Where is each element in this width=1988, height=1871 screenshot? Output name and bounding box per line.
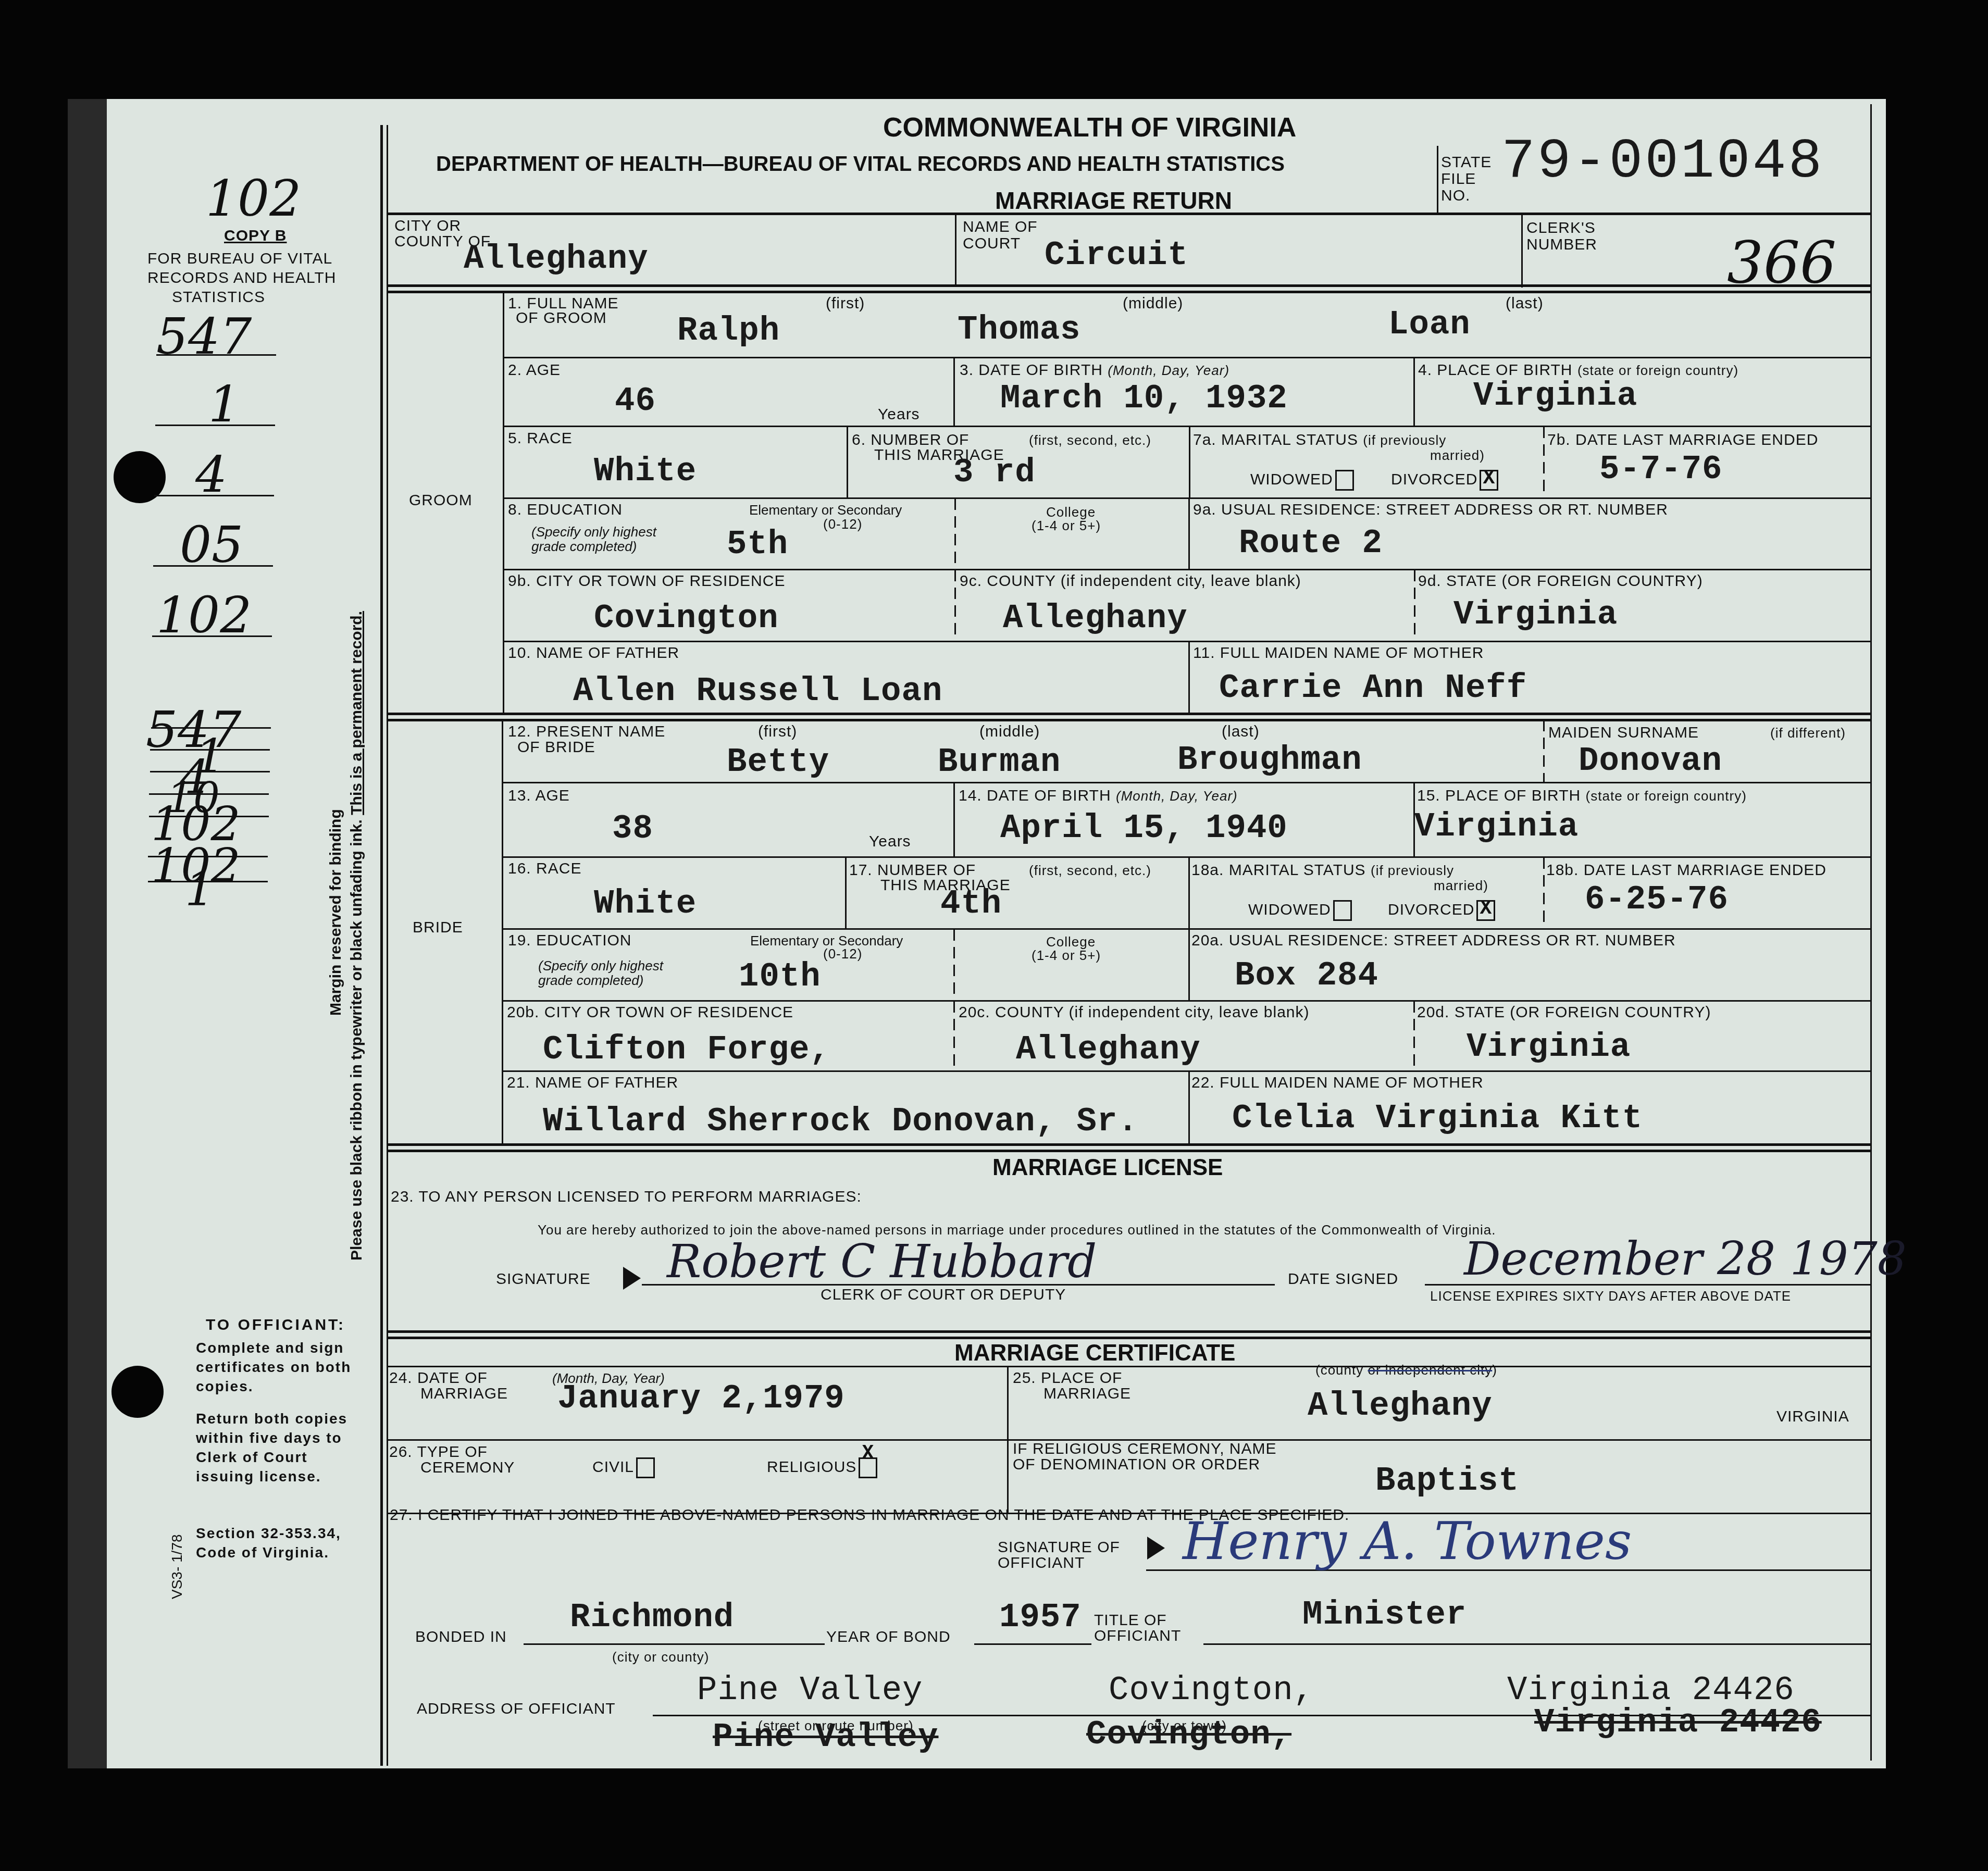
to-officiant-title: TO OFFICIANT:: [206, 1317, 345, 1333]
marriage-no-hint: (first, second, etc.): [1029, 862, 1151, 879]
rule: [845, 857, 847, 928]
marital-hint: married): [1434, 877, 1488, 894]
bride-race: White: [594, 885, 697, 923]
struck-address-city: Covington,: [1086, 1716, 1291, 1754]
edu-college-label: (1-4 or 5+): [1032, 947, 1101, 964]
first-hint: (first): [758, 724, 797, 740]
code-section-text: Code of Virginia.: [196, 1544, 329, 1561]
officiant-title: Minister: [1302, 1596, 1467, 1634]
rule: [388, 1150, 1870, 1152]
groom-residence-label: 9a. USUAL RESIDENCE: STREET ADDRESS OR R…: [1193, 502, 1668, 518]
groom-race: White: [594, 453, 697, 491]
groom-middle-name: Thomas: [958, 311, 1080, 349]
groom-divorced[interactable]: DIVORCEDX: [1391, 470, 1498, 491]
rule: [1188, 929, 1190, 1000]
bride-widowed[interactable]: WIDOWED: [1248, 900, 1352, 921]
date-signed: December 28 1978: [1464, 1232, 1907, 1286]
bride-age-label: 13. AGE: [508, 788, 570, 804]
license-title: MARRIAGE LICENSE: [992, 1155, 1223, 1181]
edu-hint: grade completed): [531, 538, 637, 555]
to-officiant-text: Return both copies: [196, 1411, 347, 1427]
bride-father: Willard Sherrock Donovan, Sr.: [543, 1103, 1138, 1141]
punch-hole-bottom: [111, 1366, 164, 1418]
margin-code-line: [148, 881, 268, 882]
clerk-label: NUMBER: [1526, 236, 1597, 253]
rule: [953, 929, 955, 1000]
divorced-checkbox[interactable]: X: [1476, 900, 1495, 921]
bride-race-label: 16. RACE: [508, 860, 581, 877]
marriage-date: January 2,1979: [557, 1380, 845, 1418]
arrow-right-icon: [1144, 1537, 1168, 1560]
denomination: Baptist: [1375, 1463, 1519, 1500]
officiant-title-label: TITLE OF: [1094, 1612, 1167, 1629]
groom-widowed[interactable]: WIDOWED: [1250, 470, 1354, 491]
groom-age: 46: [615, 383, 656, 420]
edu-elem-label: (0-12): [823, 945, 862, 962]
rule: [524, 1643, 825, 1645]
religious-option[interactable]: RELIGIOUSX: [767, 1457, 877, 1478]
to-officiant-text: copies.: [196, 1378, 253, 1395]
groom-age-label: 2. AGE: [508, 362, 561, 379]
county-value: Alleghany: [464, 241, 649, 278]
bride-last-ended: 6-25-76: [1585, 881, 1729, 919]
bride-father-label: 21. NAME OF FATHER: [507, 1075, 678, 1091]
civil-option[interactable]: CIVIL: [592, 1457, 655, 1478]
rule: [1543, 427, 1545, 497]
rule: [388, 291, 1870, 293]
margin-code: 1: [185, 862, 215, 917]
bride-dob: April 15, 1940: [1000, 810, 1288, 847]
groom-last-ended: 5-7-76: [1599, 451, 1722, 489]
binding-note: Margin reserved for binding: [327, 809, 345, 1016]
county-label: CITY OR: [394, 218, 461, 234]
rule: [388, 1143, 1870, 1146]
bonded-hint: (city or county): [612, 1649, 710, 1665]
rule: [953, 1001, 955, 1070]
bride-age: 38: [612, 810, 653, 848]
rule: [974, 1643, 1091, 1645]
date-signed-label: DATE SIGNED: [1288, 1271, 1398, 1288]
groom-section-label: GROOM: [409, 492, 473, 509]
groom-father: Allen Russell Loan: [573, 673, 942, 710]
signer-role: CLERK OF COURT OR DEPUTY: [821, 1287, 1066, 1303]
years-label: Years: [869, 833, 911, 850]
rule: [502, 856, 1870, 858]
groom-marriage-number: 3 rd: [953, 454, 1036, 492]
groom-last-name: Loan: [1388, 306, 1471, 344]
rule: [388, 213, 1870, 215]
bride-county-label: 20c. COUNTY (if independent city, leave …: [959, 1004, 1310, 1021]
groom-residence: Route 2: [1239, 525, 1383, 563]
rule: [953, 358, 955, 426]
marriage-state: VIRGINIA: [1776, 1408, 1849, 1425]
groom-pob: Virginia: [1473, 378, 1637, 415]
ink-note: Please use black ribbon in typewriter or…: [348, 611, 366, 1261]
groom-state-label: 9d. STATE (OR FOREIGN COUNTRY): [1418, 573, 1703, 590]
rule: [502, 1070, 1870, 1072]
bride-maiden-surname: Donovan: [1579, 743, 1722, 780]
to-officiant-text: issuing license.: [196, 1468, 321, 1485]
rule: [388, 1337, 1870, 1339]
bride-pob-label: 15. PLACE OF BIRTH (state or foreign cou…: [1417, 788, 1747, 804]
edu-hint: grade completed): [538, 972, 643, 989]
struck-address-state-zip: Virginia 24426: [1534, 1704, 1822, 1742]
marriage-place-label: MARRIAGE: [1043, 1386, 1131, 1402]
rule: [503, 569, 1870, 570]
religious-checkbox[interactable]: X: [859, 1457, 877, 1478]
bride-state-label: 20d. STATE (OR FOREIGN COUNTRY): [1417, 1004, 1711, 1021]
copy-desc-3: STATISTICS: [172, 289, 265, 306]
bride-mother-label: 22. FULL MAIDEN NAME OF MOTHER: [1191, 1075, 1484, 1091]
marriage-place-label: 25. PLACE OF: [1013, 1370, 1122, 1387]
officiant-title-label: OFFICIANT: [1094, 1628, 1181, 1644]
widowed-checkbox[interactable]: [1335, 470, 1354, 491]
rule: [1521, 215, 1523, 288]
margin-code-line: [149, 816, 269, 817]
rule: [1189, 427, 1190, 497]
margin-code-line: [153, 565, 273, 567]
first-hint: (first): [826, 295, 865, 312]
court-label: COURT: [963, 235, 1021, 252]
bride-edu-label: 19. EDUCATION: [508, 932, 632, 949]
groom-last-ended-label: 7b. DATE LAST MARRIAGE ENDED: [1547, 432, 1818, 448]
state-file-divider: [1437, 146, 1438, 215]
clerk-label: CLERK'S: [1526, 220, 1596, 236]
last-hint: (last): [1506, 295, 1544, 312]
bonded-in: Richmond: [570, 1599, 734, 1637]
officiant-signature: Henry A. Townes: [1183, 1511, 1632, 1571]
marriage-date-label: MARRIAGE: [420, 1386, 508, 1402]
court-value: Circuit: [1045, 237, 1188, 275]
groom-marital-label: 7a. MARITAL STATUS (if previously: [1193, 432, 1446, 448]
bride-section-label: BRIDE: [413, 919, 463, 936]
to-officiant-text: Complete and sign: [196, 1340, 344, 1356]
middle-hint: (middle): [979, 724, 1040, 740]
to-officiant-text: Clerk of Court: [196, 1449, 308, 1466]
bride-residence: Box 284: [1235, 957, 1378, 995]
rule: [1188, 857, 1190, 928]
margin-code-line: [150, 749, 270, 751]
bonded-in-label: BONDED IN: [415, 1629, 507, 1645]
bride-residence-label: 20a. USUAL RESIDENCE: STREET ADDRESS OR …: [1191, 932, 1676, 949]
to-officiant-text: certificates on both: [196, 1359, 351, 1376]
rule: [388, 719, 1870, 721]
groom-mother-label: 11. FULL MAIDEN NAME OF MOTHER: [1193, 645, 1484, 662]
margin-code-line: [149, 793, 269, 795]
divorced-checkbox[interactable]: X: [1480, 470, 1498, 491]
ceremony-type-label: CEREMONY: [420, 1460, 515, 1476]
bride-dob-label: 14. DATE OF BIRTH (Month, Day, Year): [959, 788, 1238, 804]
bride-last-ended-label: 18b. DATE LAST MARRIAGE ENDED: [1546, 862, 1827, 879]
rule: [502, 1000, 1870, 1002]
groom-county: Alleghany: [1003, 600, 1188, 638]
ceremony-type-label: 26. TYPE OF: [389, 1444, 488, 1461]
license-signature-label: SIGNATURE: [496, 1271, 591, 1288]
struck-address-street: Pine Valley: [713, 1719, 938, 1756]
rule: [1188, 1071, 1190, 1143]
binding-strip: [68, 99, 107, 1768]
groom-race-label: 5. RACE: [508, 430, 573, 447]
marriage-date-label: 24. DATE OF: [389, 1370, 488, 1387]
groom-first-name: Ralph: [677, 313, 780, 350]
bride-state: Virginia: [1467, 1029, 1631, 1066]
bride-middle-name: Burman: [938, 744, 1061, 781]
bride-pob: Virginia: [1414, 808, 1579, 846]
groom-dob: March 10, 1932: [1000, 380, 1288, 418]
rule: [1413, 358, 1415, 426]
marriage-place: Alleghany: [1308, 1388, 1493, 1425]
civil-checkbox[interactable]: [636, 1457, 655, 1478]
maiden-hint: (if different): [1770, 725, 1846, 741]
groom-edu-label: 8. EDUCATION: [508, 502, 623, 518]
rule: [503, 641, 1870, 642]
rule: [503, 357, 1870, 358]
form-code: VS3- 1/78: [169, 1534, 185, 1599]
groom-city-label: 9b. CITY OR TOWN OF RESIDENCE: [508, 573, 785, 590]
groom-dob-label: 3. DATE OF BIRTH (Month, Day, Year): [960, 362, 1229, 379]
rule: [388, 1330, 1870, 1333]
form-left-rule-inner: [387, 125, 388, 1766]
groom-label-divider: [503, 292, 504, 714]
denomination-label: OF DENOMINATION OR ORDER: [1013, 1456, 1260, 1473]
groom-mother: Carrie Ann Neff: [1219, 670, 1527, 707]
copy-desc-1: FOR BUREAU OF VITAL: [147, 251, 332, 267]
groom-pob-label: 4. PLACE OF BIRTH (state or foreign coun…: [1418, 362, 1738, 379]
license-item-23: 23. TO ANY PERSON LICENSED TO PERFORM MA…: [391, 1189, 862, 1205]
groom-father-label: 10. NAME OF FATHER: [508, 645, 679, 662]
rule: [1543, 720, 1545, 782]
rule: [1188, 498, 1190, 569]
margin-code-line: [148, 856, 268, 857]
bride-mother: Clelia Virginia Kitt: [1232, 1100, 1643, 1138]
margin-code-line: [156, 354, 276, 356]
rule: [1007, 1440, 1009, 1514]
rule: [1203, 1643, 1870, 1645]
bride-marital-label: 18a. MARITAL STATUS (if previously: [1191, 862, 1454, 879]
years-label: Years: [878, 406, 920, 423]
form-title: MARRIAGE RETURN: [995, 186, 1232, 215]
bond-year-label: YEAR OF BOND: [826, 1629, 951, 1645]
rule: [953, 783, 955, 856]
place-hint: (county or independent city): [1315, 1362, 1497, 1378]
margin-code-line: [155, 425, 275, 426]
groom-education-elementary: 5th: [727, 526, 788, 564]
rule: [388, 713, 1870, 715]
groom-city: Covington: [594, 600, 779, 638]
state-file-number: 79-001048: [1501, 130, 1824, 194]
edu-college-label: (1-4 or 5+): [1032, 517, 1101, 534]
copy-desc-2: RECORDS AND HEALTH: [147, 270, 337, 286]
license-expiry-note: LICENSE EXPIRES SIXTY DAYS AFTER ABOVE D…: [1430, 1288, 1791, 1304]
bride-divorced[interactable]: DIVORCEDX: [1388, 900, 1495, 921]
edu-elem-label: (0-12): [823, 516, 862, 532]
officiant-signature-label: SIGNATURE OF: [998, 1539, 1120, 1556]
state-file-label: FILE: [1441, 171, 1476, 188]
officiant-signature-label: OFFICIANT: [998, 1555, 1085, 1571]
bride-city: Clifton Forge,: [543, 1031, 830, 1069]
copy-label: COPY B: [224, 228, 287, 244]
code-section-text: Section 32-353.34,: [196, 1525, 341, 1542]
margin-code-line: [151, 727, 271, 729]
marriage-no-hint: (first, second, etc.): [1029, 432, 1151, 448]
rule: [388, 1366, 1870, 1367]
rule: [954, 498, 956, 569]
department-title: DEPARTMENT OF HEALTH—BUREAU OF VITAL REC…: [436, 153, 1285, 176]
margin-code-line: [154, 495, 274, 496]
marital-hint: married): [1430, 447, 1485, 464]
denomination-label: IF RELIGIOUS CEREMONY, NAME: [1013, 1441, 1277, 1457]
state-file-label: NO.: [1441, 188, 1470, 204]
groom-county-label: 9c. COUNTY (if independent city, leave b…: [960, 573, 1301, 590]
officiant-address-label: ADDRESS OF OFFICIANT: [417, 1701, 616, 1717]
margin-code: 547: [156, 307, 252, 366]
bride-first-name: Betty: [727, 744, 829, 781]
groom-name-label: OF GROOM: [516, 310, 607, 327]
court-label: NAME OF: [963, 219, 1038, 235]
rule: [955, 214, 956, 286]
margin-code-line: [150, 771, 270, 772]
certificate-title: MARRIAGE CERTIFICATE: [954, 1340, 1235, 1366]
rule: [1414, 570, 1415, 641]
bond-year: 1957: [999, 1599, 1082, 1637]
form-right-rule: [1870, 104, 1872, 1761]
bride-last-name: Broughman: [1177, 742, 1362, 779]
margin-top-number: 102: [206, 169, 301, 228]
widowed-checkbox[interactable]: [1333, 900, 1352, 921]
rule: [847, 427, 848, 497]
to-officiant-text: within five days to: [196, 1430, 342, 1446]
rule: [954, 570, 956, 641]
bride-education-elementary: 10th: [739, 958, 821, 996]
rule: [1188, 642, 1190, 714]
middle-hint: (middle): [1123, 295, 1183, 312]
maiden-label: MAIDEN SURNAME: [1548, 725, 1699, 741]
form-left-rule: [380, 125, 383, 1766]
rule: [503, 426, 1870, 427]
clerk-signature: Robert C Hubbard: [667, 1234, 1097, 1288]
bride-marriage-number: 4th: [940, 885, 1002, 923]
rule: [502, 782, 1870, 783]
officiant-address-street: Pine Valley: [697, 1672, 923, 1710]
rule: [1543, 857, 1545, 928]
bride-county: Alleghany: [1016, 1031, 1201, 1069]
bride-city-label: 20b. CITY OR TOWN OF RESIDENCE: [507, 1004, 793, 1021]
rule: [502, 928, 1870, 930]
state-title: COMMONWEALTH OF VIRGINIA: [883, 112, 1296, 143]
state-file-label: STATE: [1441, 154, 1492, 171]
margin-code-line: [152, 635, 272, 637]
bride-name-label: 12. PRESENT NAME: [508, 724, 665, 740]
rule: [388, 284, 1870, 287]
arrow-right-icon: [620, 1267, 644, 1290]
bride-name-label: OF BRIDE: [517, 739, 595, 756]
groom-state: Virginia: [1453, 596, 1618, 634]
rule: [503, 497, 1870, 499]
rule: [1413, 1001, 1415, 1070]
last-hint: (last): [1222, 724, 1260, 740]
officiant-address-city: Covington,: [1109, 1672, 1314, 1710]
